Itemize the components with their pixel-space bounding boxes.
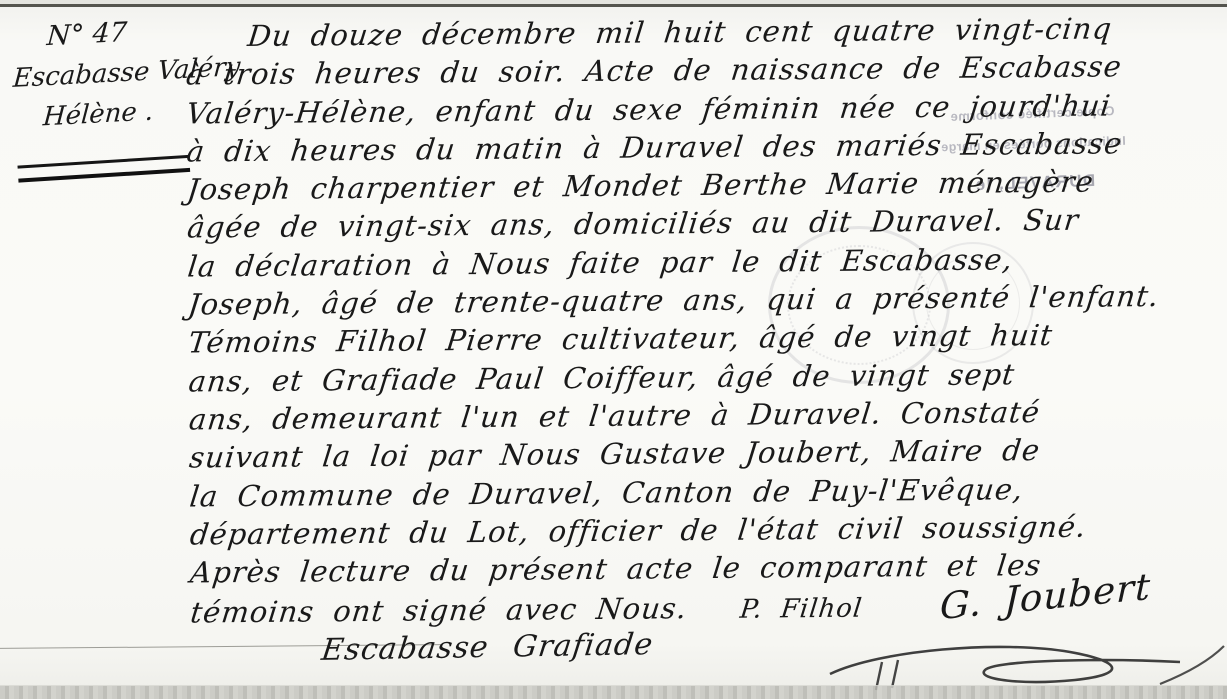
margin-name-line2: Hélène . xyxy=(14,89,203,139)
act-closing-line: témoins ont signé avec Nous. P. Filhol G… xyxy=(189,583,1227,630)
act-body-text: Du douze décembre mil huit cent quatre v… xyxy=(183,8,1227,630)
scan-bottom-edge xyxy=(0,685,1227,699)
witnesses-signature-row: Escabasse Grafiade xyxy=(319,627,655,668)
margin-annotation: N° 47 Escabasse Valéry Hélène . xyxy=(10,9,204,182)
witness-signature: P. Filhol xyxy=(738,594,864,625)
margin-divider xyxy=(17,155,190,183)
closing-text: témoins ont signé avec Nous. xyxy=(189,592,689,630)
scan-top-border xyxy=(0,4,1227,7)
birth-record-scan: N° 47 Escabasse Valéry Hélène . Copie ce… xyxy=(0,0,1227,699)
